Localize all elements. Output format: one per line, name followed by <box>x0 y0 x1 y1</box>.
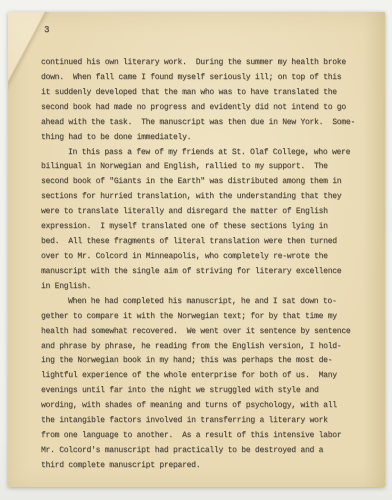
text-line: and phrase by phrase, he reading from th… <box>41 340 371 355</box>
text-line: were to translate literally and disregar… <box>41 205 371 220</box>
text-line: over to Mr. Colcord in Minneapolis, who … <box>41 250 371 265</box>
text-line: bilingual in Norwegian and English, rall… <box>41 160 371 175</box>
text-line: down. When fall came I found myself seri… <box>41 71 371 86</box>
text-line: In this pass a few of my friends at St. … <box>41 146 371 161</box>
text-line: second book had made no progress and evi… <box>41 101 371 116</box>
document-page: 3 continued his own literary work. Durin… <box>8 12 385 487</box>
text-line: expression. I myself translated one of t… <box>41 220 371 235</box>
scan-background: 3 continued his own literary work. Durin… <box>0 0 392 500</box>
text-line: it suddenly developed that the man who w… <box>41 86 371 101</box>
text-line: bed. All these fragments of literal tran… <box>41 235 371 250</box>
text-line: gether to compare it with the Norwegian … <box>41 310 371 325</box>
text-line: manuscript with the single aim of strivi… <box>41 265 371 280</box>
text-line: thing had to be done immediately. <box>41 131 371 146</box>
text-line: wording, with shades of meaning and turn… <box>41 399 371 414</box>
text-line: in English. <box>41 280 371 295</box>
text-line: from one language to another. As a resul… <box>41 429 371 444</box>
text-line: continued his own literary work. During … <box>41 56 371 71</box>
text-line: the intangible factors involved in trans… <box>41 414 371 429</box>
text-line: health had somewhat recovered. We went o… <box>41 325 371 340</box>
text-line: sections for hurried translation, with t… <box>41 190 371 205</box>
text-line: evenings until far into the night we str… <box>41 384 371 399</box>
document-body: continued his own literary work. During … <box>41 56 371 474</box>
text-line: When he had completed his manuscript, he… <box>41 295 371 310</box>
text-line: ing the Norwegian book in my hand; this … <box>41 354 371 369</box>
text-line: third complete manuscript prepared. <box>41 459 371 474</box>
text-line: ahead with the task. The manuscript was … <box>41 116 371 131</box>
page-number: 3 <box>44 25 49 35</box>
text-line: Mr. Colcord's manuscript had practically… <box>41 444 371 459</box>
text-line: lightful experience of the whole enterpr… <box>41 369 371 384</box>
text-line: second book of "Giants in the Earth" was… <box>41 175 371 190</box>
